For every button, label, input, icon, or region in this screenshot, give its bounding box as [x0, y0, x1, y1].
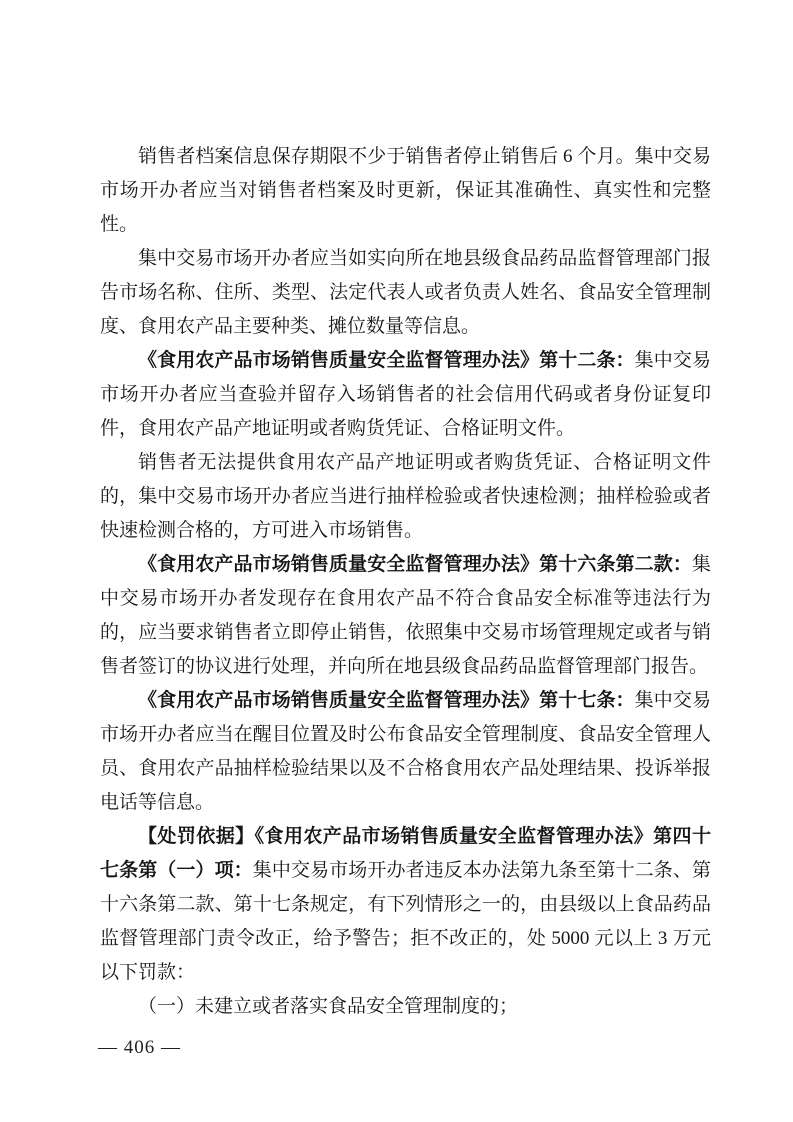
paragraph-item-1: （一）未建立或者落实食品安全管理制度的；: [100, 990, 711, 1024]
paragraph-sampling-inspection: 销售者无法提供食用农产品产地证明或者购货凭证、合格证明文件的，集中交易市场开办者…: [100, 446, 711, 548]
paragraph-market-reporting: 集中交易市场开办者应当如实向所在地县级食品药品监督管理部门报告市场名称、住所、类…: [100, 242, 711, 344]
document-page: 销售者档案信息保存期限不少于销售者停止销售后 6 个月。集中交易市场开办者应当对…: [0, 0, 793, 1122]
paragraph-article-16-clause-2: 《食用农产品市场销售质量安全监督管理办法》第十六条第二款：集中交易市场开办者发现…: [100, 548, 711, 684]
document-body: 销售者档案信息保存期限不少于销售者停止销售后 6 个月。集中交易市场开办者应当对…: [100, 140, 711, 1024]
paragraph-lead-bold: 《食用农产品市场销售质量安全监督管理办法》第十二条：: [138, 350, 635, 371]
paragraph-lead-bold: 《食用农产品市场销售质量安全监督管理办法》第十七条：: [138, 690, 635, 711]
paragraph-text: 集中交易市场开办者应当如实向所在地县级食品药品监督管理部门报告市场名称、住所、类…: [100, 248, 711, 337]
paragraph-text: 销售者无法提供食用农产品产地证明或者购货凭证、合格证明文件的，集中交易市场开办者…: [100, 452, 711, 541]
paragraph-archive-retention: 销售者档案信息保存期限不少于销售者停止销售后 6 个月。集中交易市场开办者应当对…: [100, 140, 711, 242]
paragraph-article-17: 《食用农产品市场销售质量安全监督管理办法》第十七条：集中交易市场开办者应当在醒目…: [100, 684, 711, 820]
paragraph-text: 销售者档案信息保存期限不少于销售者停止销售后 6 个月。集中交易市场开办者应当对…: [100, 146, 711, 235]
paragraph-lead-bold: 《食用农产品市场销售质量安全监督管理办法》第十六条第二款：: [138, 554, 692, 575]
paragraph-article-12: 《食用农产品市场销售质量安全监督管理办法》第十二条：集中交易市场开办者应当查验并…: [100, 344, 711, 446]
page-number: — 406 —: [98, 1036, 181, 1060]
paragraph-penalty-basis-article-47: 【处罚依据】《食用农产品市场销售质量安全监督管理办法》第四十七条第（一）项：集中…: [100, 820, 711, 990]
paragraph-text: （一）未建立或者落实食品安全管理制度的；: [138, 996, 518, 1017]
